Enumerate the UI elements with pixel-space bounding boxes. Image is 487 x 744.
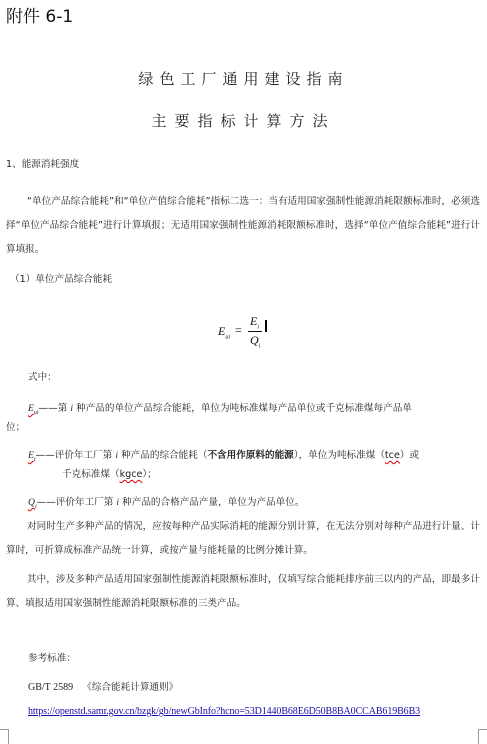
document-title: 绿色工厂通用建设指南 — [0, 68, 487, 89]
fraction-bar — [248, 331, 262, 332]
where-label: 式中： — [28, 371, 57, 384]
variable-ei: Ei — [28, 450, 36, 461]
definition-ei-continuation: 千克标准煤（kgce）； — [62, 466, 157, 480]
page-corner-mark-left — [0, 729, 9, 744]
document-subtitle: 主要指标计算方法 — [0, 110, 487, 131]
formula-lhs: Eui — [218, 324, 230, 340]
energy-formula: Eui = Ei Qi — [218, 316, 278, 352]
reference-standard: GB/T 2589 《综合能耗计算通则》 — [28, 679, 178, 693]
definition-eui-continuation: 位； — [6, 419, 25, 433]
section-heading-energy-intensity: 1、能源消耗强度 — [6, 158, 79, 171]
page-corner-mark-right — [478, 729, 487, 744]
reference-link[interactable]: https://openstd.samr.gov.cn/bzgk/gb/newG… — [28, 706, 420, 717]
definition-qi: Qi——评价年工厂第 i 种产品的合格产品产量，单位为产品单位。 — [28, 494, 304, 510]
formula-denominator: Qi — [250, 333, 260, 349]
bold-note: 不含用作原料的能源 — [207, 450, 293, 461]
subsection-heading-unit-product: （1）单位产品综合能耗 — [10, 273, 112, 286]
paragraph-multi-product: 对同时生产多种产品的情况，应按每种产品实际消耗的能源分别计算，在无法分别对每种产… — [6, 515, 480, 563]
reference-label: 参考标准： — [28, 652, 76, 665]
reference-code: GB/T 2589 — [28, 682, 73, 693]
reference-title: 《综合能耗计算通则》 — [82, 682, 178, 693]
formula-equals: = — [235, 323, 242, 338]
definition-ei: Ei——评价年工厂第 i 种产品的综合能耗（不含用作原料的能源），单位为吨标准煤… — [28, 447, 419, 463]
variable-qi: Qi — [28, 497, 37, 508]
formula-numerator: Ei — [250, 314, 259, 330]
attachment-label: 附件 6-1 — [6, 2, 73, 27]
text-cursor — [265, 320, 267, 332]
definition-eui: Eui——第 i 种产品的单位产品综合能耗，单位为吨标准煤每产品单位或千克标准煤… — [28, 400, 412, 416]
paragraph-top-three: 其中，涉及多种产品适用国家强制性能源消耗限额标准时，仅填写综合能耗排序前三以内的… — [6, 568, 480, 616]
intro-paragraph: “单位产品综合能耗”和“单位产值综合能耗”指标二选一：当有适用国家强制性能源消耗… — [6, 190, 480, 262]
variable-eui: Eui — [28, 403, 39, 414]
